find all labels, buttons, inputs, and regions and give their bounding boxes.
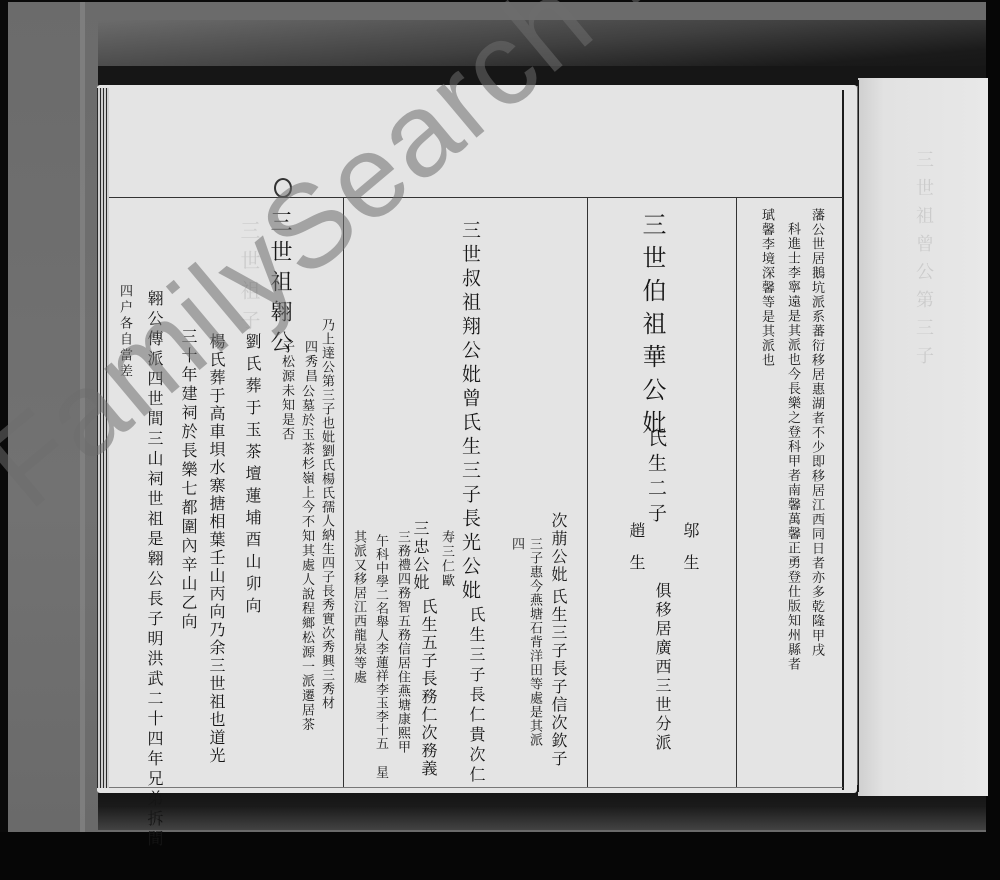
margin-border-line	[842, 90, 844, 790]
zu-line: 公墓於玉茶杉嶺上今不知其處人說程鄉松源一派遷居茶	[300, 384, 313, 732]
binding-ring-mark-icon	[274, 178, 292, 198]
zu-line: 子松源未知是否	[280, 340, 293, 442]
margin-note-line-2: 科進士李寧遠是其派也今長樂之登科甲者南馨萬馨正勇登仕版知州縣者	[786, 222, 799, 672]
bozu-line: 邬生	[682, 522, 698, 586]
bleed-through-text: 三世祖曾公第三子	[910, 150, 936, 374]
column-divider-3	[736, 197, 737, 787]
margin-note-line-3: 珷馨李境深馨等是其派也	[760, 208, 773, 368]
zu-line: 乃上達公第三子也妣劉氏楊氏孺人納生四子長秀實次秀興三秀材	[320, 318, 333, 710]
zu-line: 三十年建祠於長樂七都圍內辛山乙向	[180, 328, 196, 632]
scan-right-border	[986, 0, 1000, 880]
zu-line: 劉氏葬于玉茶壇蓮埔酉山卯向	[244, 333, 260, 619]
shuzu-line: 寿三仁歐	[440, 530, 453, 588]
zu-line: 四户各自當差	[118, 284, 131, 380]
shuzu-line: 四	[510, 537, 523, 552]
shuzu-line: 氏生三子長仁貴次仁	[468, 606, 484, 786]
shuzu-line: 三忠公妣	[412, 520, 428, 592]
bleed-through-text: 三世祖子	[235, 220, 264, 340]
column-divider-2	[587, 197, 588, 787]
header-rule	[109, 197, 843, 198]
scanner-edge-stripe	[80, 2, 85, 832]
book-top-shadow-band	[98, 66, 986, 86]
bozu-line: 氏生二子	[646, 428, 665, 528]
shuzu-line: 次萠公妣	[550, 512, 566, 584]
zu-line: 翱公傳派四世間三山祠世祖是翱公長子明洪武二十四年兄弟拆間	[146, 290, 162, 850]
section-title-shuzu: 三世叔祖翔公妣曾氏生三子長光公妣	[460, 220, 479, 604]
spine-fold-line	[858, 80, 859, 792]
shuzu-line: 三務禮四務智五務信居住燕塘康熙甲	[396, 530, 409, 754]
section-title-bozu: 三世伯祖華公妣	[640, 212, 664, 443]
bozu-line: 俱移居廣西三世分派	[654, 582, 670, 753]
page-stack-edges	[97, 88, 109, 788]
margin-note-line-1: 藩公世居鵝坑派系蕃衍移居惠湖者不少即移居江西同日者亦多乾隆甲戌	[810, 208, 823, 658]
footer-rule	[109, 787, 843, 788]
section-title-zu: 三世祖翱公	[268, 210, 290, 360]
book-bottom-shadow	[98, 790, 986, 830]
zu-line: 四秀昌	[303, 340, 316, 384]
shuzu-line: 氏生三子長子信次欽子	[550, 588, 566, 768]
shuzu-line: 氏生五子長務仁次務義	[420, 598, 436, 778]
shuzu-line: 午科中學二名舉人李蓮祥李玉李十五 星	[374, 534, 387, 779]
bozu-line: 趙生	[628, 522, 644, 586]
zu-line: 楊氏葬于高車垻水寨搪相葉壬山丙向乃余三世祖也道光	[208, 333, 224, 765]
shuzu-line: 三子惠今燕塘石背洋田等處是其派	[528, 537, 541, 747]
shuzu-line: 其派又移居江西龍泉等處	[352, 530, 365, 684]
column-divider-1	[343, 197, 344, 787]
